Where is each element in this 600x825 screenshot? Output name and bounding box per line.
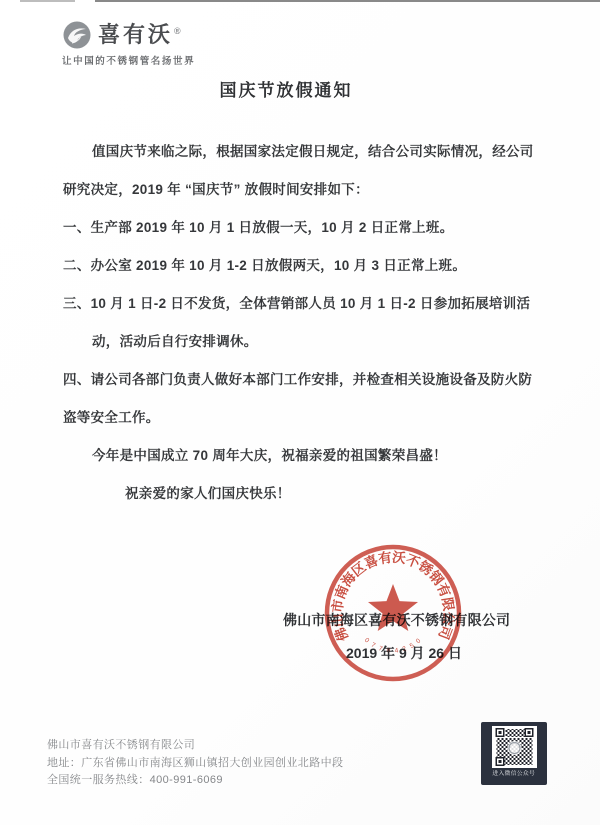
- notice-page: 喜有沃® 让中国的不锈钢管名扬世界 国庆节放假通知 值国庆节来临之际，根据国家法…: [0, 0, 600, 825]
- footer-address: 地址：广东省佛山市南海区狮山镇招大创业园创业北路中段: [47, 755, 343, 773]
- signature-date: 2019 年 9 月 26 日: [345, 643, 463, 663]
- scan-artifact: [20, 0, 75, 2]
- brand-name: 喜有沃®: [98, 24, 184, 46]
- body-line: 祝亲爱的家人们国庆快乐！: [63, 475, 523, 513]
- body-line: 四、请公司各部门负责人做好本部门工作安排，并检查相关设施设备及防火防: [63, 361, 523, 399]
- body-line: 动，活动后自行安排调休。: [63, 323, 523, 361]
- company-logo: 喜有沃® 让中国的不锈钢管名扬世界: [62, 20, 195, 67]
- qr-caption: 进入微信公众号: [493, 770, 536, 777]
- signature-company: 佛山市南海区喜有沃不锈钢有限公司: [283, 610, 493, 630]
- body-line: 研究决定，2019 年 “国庆节” 放假时间安排如下：: [63, 171, 523, 209]
- body-line: 一、生产部 2019 年 10 月 1 日放假一天，10 月 2 日正常上班。: [63, 209, 523, 247]
- body-line: 值国庆节来临之际，根据国家法定假日规定，结合公司实际情况，经公司: [63, 133, 523, 171]
- scan-artifact: [95, 0, 600, 2]
- swirl-globe-icon: [62, 20, 92, 50]
- qr-code-icon: [492, 726, 537, 768]
- footer-hotline: 全国统一服务热线：400-991-6069: [47, 772, 343, 790]
- wechat-qr-block: 进入微信公众号: [481, 722, 547, 785]
- body-line: 今年是中国成立 70 周年大庆，祝福亲爱的祖国繁荣昌盛！: [63, 437, 523, 475]
- brand-tagline: 让中国的不锈钢管名扬世界: [62, 53, 195, 67]
- footer-company: 佛山市喜有沃不锈钢有限公司: [47, 737, 343, 755]
- notice-body: 值国庆节来临之际，根据国家法定假日规定，结合公司实际情况，经公司 研究决定，20…: [63, 133, 523, 513]
- registered-mark: ®: [174, 26, 184, 36]
- body-line: 三、10 月 1 日-2 日不发货，全体营销部人员 10 月 1 日-2 日参加…: [63, 285, 523, 323]
- body-line: 盗等安全工作。: [63, 399, 523, 437]
- page-title: 国庆节放假通知: [0, 76, 572, 101]
- body-line: 二、办公室 2019 年 10 月 1-2 日放假两天，10 月 3 日正常上班…: [63, 247, 523, 285]
- footer-contact-block: 佛山市喜有沃不锈钢有限公司 地址：广东省佛山市南海区狮山镇招大创业园创业北路中段…: [47, 737, 343, 790]
